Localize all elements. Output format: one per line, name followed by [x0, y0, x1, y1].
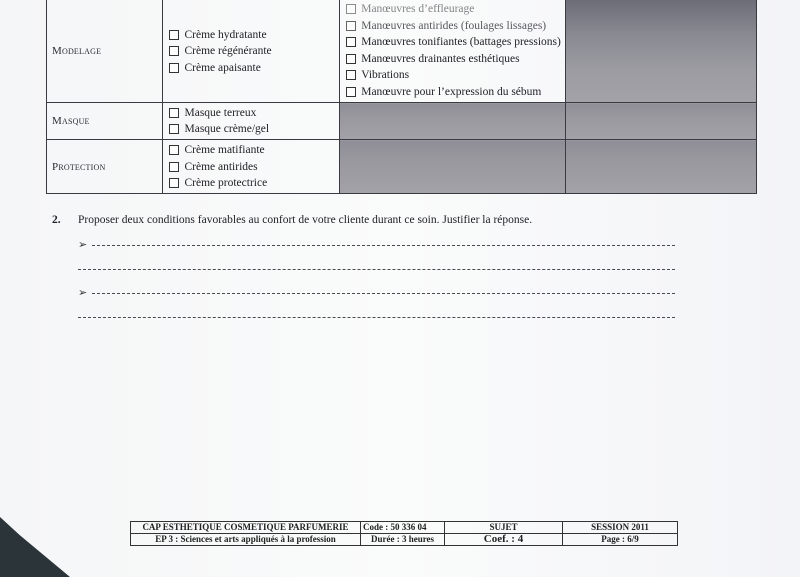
- question-2: 2. Proposer deux conditions favorables a…: [52, 214, 532, 226]
- checkbox-icon[interactable]: [169, 145, 179, 155]
- checkbox-icon[interactable]: [346, 21, 356, 31]
- step-cell: Masque: [47, 103, 163, 140]
- question-text: Proposer deux conditions favorables au c…: [78, 214, 532, 226]
- maneuver-option[interactable]: Manœuvres d’effleurage: [346, 1, 565, 18]
- shaded-cell: [566, 0, 757, 103]
- step-label: Masque: [47, 115, 162, 127]
- arrow-bullet-icon: ➢: [78, 238, 87, 251]
- maneuver-option[interactable]: Manœuvres drainantes esthétiques: [346, 51, 565, 68]
- product-option[interactable]: Masque crème/gel: [169, 121, 339, 138]
- table-row-masque: Masque Masque terreux Masque crème/gel: [47, 103, 757, 140]
- checkbox-icon[interactable]: [169, 178, 179, 188]
- checkbox-icon[interactable]: [346, 4, 356, 14]
- product-option[interactable]: Crème antirides: [169, 158, 339, 175]
- product-option[interactable]: Crème hydratante: [169, 26, 339, 43]
- products-cell: Crème matifiante Crème antirides Crème p…: [163, 140, 340, 194]
- product-option[interactable]: Masque terreux: [169, 105, 339, 122]
- table-row-protection: Protection Crème matifiante Crème antiri…: [47, 140, 757, 194]
- maneuvers-cell: Manœuvres d’effleurage Manœuvres antirid…: [340, 0, 566, 103]
- checkbox-icon[interactable]: [169, 162, 179, 172]
- exam-session: SESSION 2011: [563, 522, 678, 534]
- product-option[interactable]: Crème apaisante: [169, 59, 339, 76]
- checkbox-icon[interactable]: [169, 108, 179, 118]
- shaded-cell: [340, 103, 566, 140]
- checkbox-icon[interactable]: [346, 70, 356, 80]
- shaded-cell: [566, 103, 757, 140]
- step-label: Modelage: [47, 45, 162, 57]
- shaded-cell: [340, 140, 566, 194]
- product-option[interactable]: Crème protectrice: [169, 175, 339, 192]
- product-option[interactable]: Crème matifiante: [169, 142, 339, 159]
- exam-coefficient: Coef. : 4: [445, 534, 563, 546]
- shaded-cell: [566, 140, 757, 194]
- checkbox-icon[interactable]: [169, 63, 179, 73]
- exam-duration: Durée : 3 heures: [361, 534, 445, 546]
- answer-line-4[interactable]: [78, 317, 675, 318]
- answer-line-3[interactable]: [92, 293, 675, 294]
- product-option[interactable]: Crème régénérante: [169, 43, 339, 60]
- page-number: Page : 6/9: [563, 534, 678, 546]
- maneuver-option[interactable]: Manœuvres antirides (foulages lissages): [346, 18, 565, 35]
- exam-code: Code : 50 336 04: [361, 522, 445, 534]
- answer-line-1[interactable]: [92, 245, 675, 246]
- checkbox-icon[interactable]: [346, 87, 356, 97]
- arrow-bullet-icon: ➢: [78, 286, 87, 299]
- products-cell: Crème hydratante Crème régénérante Crème…: [163, 0, 340, 103]
- table-row-modelage: Modelage Crème hydratante Crème régénéra…: [47, 0, 757, 103]
- products-cell: Masque terreux Masque crème/gel: [163, 103, 340, 140]
- checkbox-icon[interactable]: [346, 37, 356, 47]
- exam-subject: EP 3 : Sciences et arts appliqués à la p…: [131, 534, 361, 546]
- question-number: 2.: [52, 214, 78, 226]
- step-cell: Protection: [47, 140, 163, 194]
- care-steps-table: Modelage Crème hydratante Crème régénéra…: [46, 0, 757, 194]
- maneuver-option[interactable]: Manœuvres tonifiantes (battages pression…: [346, 34, 565, 51]
- exam-title: CAP ESTHETIQUE COSMETIQUE PARFUMERIE: [131, 522, 361, 534]
- answer-line-2[interactable]: [78, 269, 675, 270]
- checkbox-icon[interactable]: [169, 124, 179, 134]
- step-cell: Modelage: [47, 0, 163, 103]
- checkbox-icon[interactable]: [346, 54, 356, 64]
- maneuver-option[interactable]: Manœuvre pour l’expression du sébum: [346, 84, 565, 101]
- checkbox-icon[interactable]: [169, 30, 179, 40]
- step-label: Protection: [47, 161, 162, 173]
- document-type: SUJET: [445, 522, 563, 534]
- maneuver-option[interactable]: Vibrations: [346, 67, 565, 84]
- checkbox-icon[interactable]: [169, 46, 179, 56]
- exam-footer: CAP ESTHETIQUE COSMETIQUE PARFUMERIE Cod…: [130, 521, 678, 546]
